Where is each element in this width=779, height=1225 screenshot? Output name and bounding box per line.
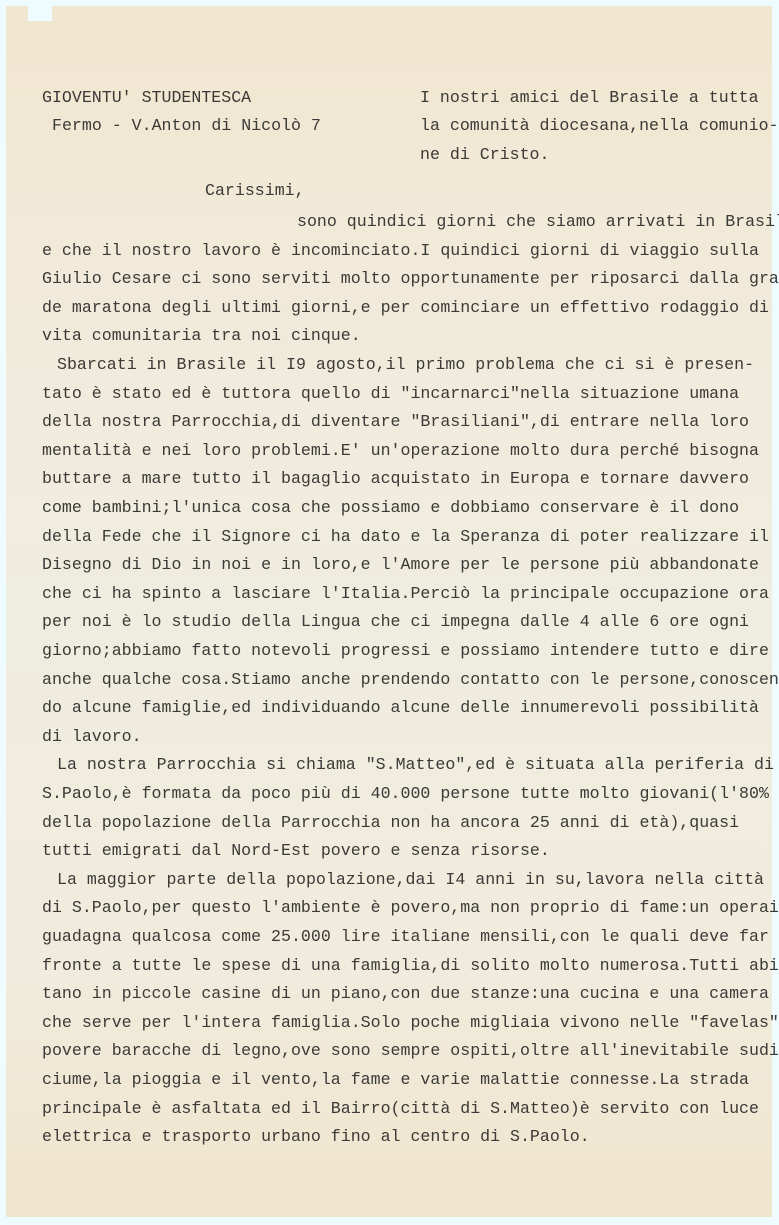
body-line: di lavoro. (42, 727, 142, 747)
addressee-line: la comunità diocesana,nella comunio- (420, 116, 778, 136)
body-line: Sbarcati in Brasile il I9 agosto,il prim… (57, 355, 754, 375)
body-line: vita comunitaria tra noi cinque. (42, 326, 361, 346)
body-line: Giulio Cesare ci sono serviti molto oppo… (42, 269, 779, 289)
body-line: anche qualche cosa.Stiamo anche prendend… (42, 670, 779, 690)
addressee-line: ne di Cristo. (420, 145, 549, 165)
body-line: e che il nostro lavoro è incominciato.I … (42, 241, 759, 261)
body-line: de maratona degli ultimi giorni,e per co… (42, 298, 769, 318)
sender-organization: GIOVENTU' STUDENTESCA (42, 88, 251, 108)
body-line: della Fede che il Signore ci ha dato e l… (42, 527, 769, 547)
body-line: della nostra Parrocchia,di diventare "Br… (42, 412, 749, 432)
addressee-line: I nostri amici del Brasile a tutta (420, 88, 759, 108)
body-line: che serve per l'intera famiglia.Solo poc… (42, 1013, 779, 1033)
body-line: buttare a mare tutto il bagaglio acquist… (42, 469, 749, 489)
body-line: come bambini;l'unica cosa che possiamo e… (42, 498, 739, 518)
body-line: La maggior parte della popolazione,dai I… (57, 870, 764, 890)
body-line: sono quindici giorni che siamo arrivati … (297, 212, 779, 232)
body-line: povere baracche di legno,ove sono sempre… (42, 1041, 779, 1061)
body-line: ciume,la pioggia e il vento,la fame e va… (42, 1070, 749, 1090)
sender-address: Fermo - V.Anton di Nicolò 7 (52, 116, 321, 136)
paper-notch (28, 6, 52, 21)
body-line: che ci ha spinto a lasciare l'Italia.Per… (42, 584, 769, 604)
body-line: per noi è lo studio della Lingua che ci … (42, 612, 749, 632)
body-line: di S.Paolo,per questo l'ambiente è pover… (42, 898, 779, 918)
body-line: elettrica e trasporto urbano fino al cen… (42, 1127, 590, 1147)
body-line: do alcune famiglie,ed individuando alcun… (42, 698, 759, 718)
body-line: guadagna qualcosa come 25.000 lire itali… (42, 927, 769, 947)
body-line: S.Paolo,è formata da poco più di 40.000 … (42, 784, 769, 804)
body-line: della popolazione della Parrocchia non h… (42, 813, 739, 833)
body-line: tutti emigrati dal Nord-Est povero e sen… (42, 841, 550, 861)
body-line: giorno;abbiamo fatto notevoli progressi … (42, 641, 769, 661)
body-line: tato è stato ed è tuttora quello di "inc… (42, 384, 739, 404)
body-line: fronte a tutte le spese di una famiglia,… (42, 956, 779, 976)
body-line: La nostra Parrocchia si chiama "S.Matteo… (57, 755, 774, 775)
salutation: Carissimi, (205, 181, 305, 201)
body-line: tano in piccole casine di un piano,con d… (42, 984, 769, 1004)
body-line: principale è asfaltata ed il Bairro(citt… (42, 1099, 759, 1119)
body-line: Disegno di Dio in noi e in loro,e l'Amor… (42, 555, 759, 575)
body-line: mentalità e nei loro problemi.E' un'oper… (42, 441, 759, 461)
